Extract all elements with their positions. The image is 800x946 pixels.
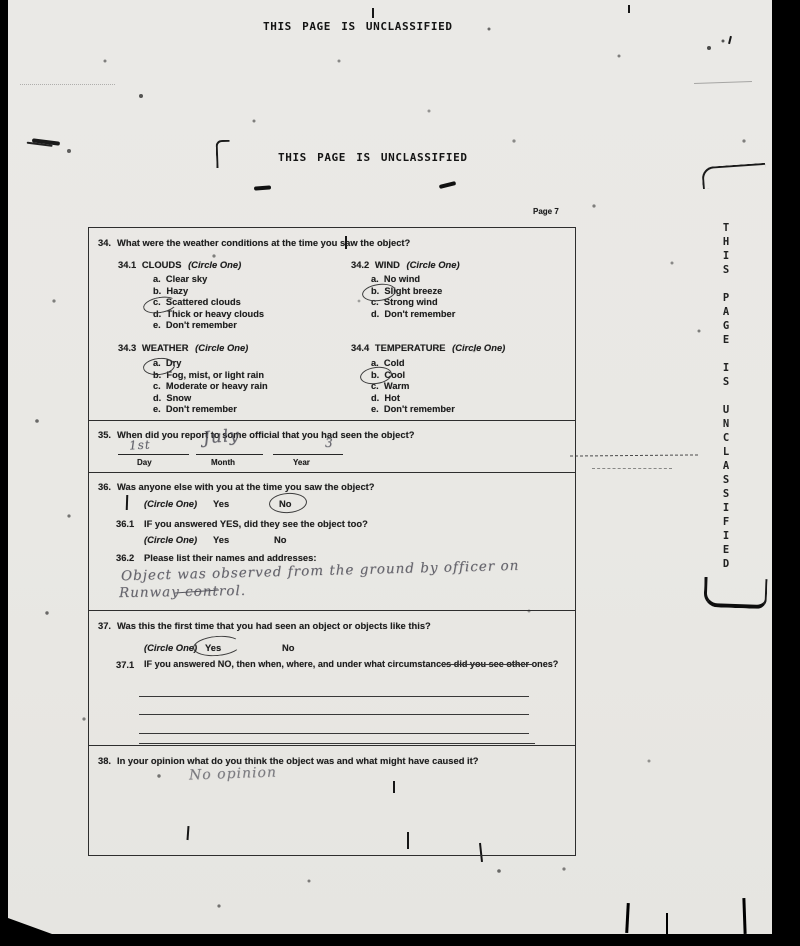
circle-one-note: (Circle One) [406,259,459,270]
scan-artifact-dotted-line [20,84,115,85]
circle-one-note: (Circle One) [144,642,197,653]
answer-circle-yes [192,634,242,658]
option-row: d. Don't remember [371,309,455,321]
no-option: No [282,642,295,653]
subquestion-title: WEATHER [142,342,189,353]
pen-strike-mark [441,664,533,665]
subquestion-title: TEMPERATURE [375,342,446,353]
scan-dash-mark [439,181,456,189]
side-classification: THIS PAGE IS UNCLASSIFIED [720,222,732,572]
scan-tick-mark [728,36,732,44]
scan-dash-mark [254,185,271,190]
question-34-section: 34. What were the weather conditions at … [89,228,575,421]
subquestion-title: WIND [375,259,400,270]
question-37-section: 37. Was this the first time that you had… [89,611,575,746]
scan-edge-sliver [625,903,630,933]
scan-edge-sliver [742,898,746,934]
subquestion-temperature-header: 34.4 TEMPERATURE (Circle One) [351,342,505,353]
ruled-answer-line [139,696,529,697]
scan-artifact-scratch [694,81,752,84]
question-38-section: 38. In your opinion what do you think th… [89,746,575,855]
question-number: 37. [98,620,111,631]
circle-one-note: (Circle One) [452,342,505,353]
scan-edge-sliver [666,913,668,934]
subquestion-number: 36.1 [116,518,134,529]
classification-header-inner: THIS PAGE IS UNCLASSIFIED [278,151,468,164]
option-row: c. Moderate or heavy rain [153,381,268,393]
circle-one-note: (Circle One) [195,342,248,353]
option-row: e. Don't remember [371,404,455,416]
scan-artifact-dashed-line [570,454,698,456]
handwritten-month: July [202,425,240,448]
question-number: 36. [98,481,111,492]
subquestion-text: Please list their names and addresses: [144,552,316,563]
bracket-mark-top [701,163,766,189]
classification-header-top: THIS PAGE IS UNCLASSIFIED [263,20,453,33]
option-row: d. Thick or heavy clouds [153,309,264,321]
option-row: b. Hazy [153,286,264,298]
scan-artifact-squiggle [32,138,60,145]
yes-option: Yes [213,534,229,545]
field-underline-month [196,454,263,455]
scanned-document: { "page": { "classification_top": "THIS … [0,0,800,946]
subquestion-wind-header: 34.2 WIND (Circle One) [351,259,460,270]
field-label-month: Month [211,457,235,468]
option-row: a. Clear sky [153,274,264,286]
field-underline-year [273,454,343,455]
scan-corner-shadow [8,918,52,934]
answer-circle-no [268,492,307,515]
scan-tick-mark [628,5,630,13]
circle-one-note: (Circle One) [144,534,197,545]
question-number: 35. [98,429,111,440]
subquestion-number: 34.4 [351,342,369,353]
circle-one-note: (Circle One) [144,498,197,509]
bracket-mark [216,140,231,168]
page-number: Page 7 [533,206,559,217]
scan-artifact-dashed-line [592,468,672,469]
question-36-section: 36. Was anyone else with you at the time… [89,473,575,611]
option-row: d. Snow [153,393,268,405]
handwritten-day: 1st [129,437,151,452]
scan-speckles [8,0,10,2]
ruled-answer-line [139,743,535,744]
handwritten-year: 3 [325,436,334,450]
subquestion-title: CLOUDS [142,259,182,270]
question-text: Was this the first time that you had see… [117,620,431,631]
question-35-section: 35. When did you report to some official… [89,421,575,473]
question-text: In your opinion what do you think the ob… [117,755,479,766]
subquestion-clouds-header: 34.1 CLOUDS (Circle One) [118,259,241,270]
yes-option: Yes [213,498,229,509]
subquestion-number: 36.2 [116,552,134,563]
question-text: Was anyone else with you at the time you… [117,481,375,492]
subquestion-number: 37.1 [116,659,134,670]
scan-tick-mark [372,8,374,18]
subquestion-text: IF you answered YES, did they see the ob… [144,518,368,529]
handwritten-opinion: No opinion [189,764,277,783]
question-number: 34. [98,237,111,248]
question-number: 38. [98,755,111,766]
question-text: When did you report to some official tha… [117,429,414,440]
ruled-answer-line [139,714,529,715]
option-row: e. Don't remember [153,320,264,332]
field-label-year: Year [293,457,310,468]
option-row: d. Hot [371,393,455,405]
subquestion-weather-header: 34.3 WEATHER (Circle One) [118,342,248,353]
ruled-answer-line [139,733,529,734]
bracket-mark-bottom [703,577,767,609]
field-label-day: Day [137,457,152,468]
question-text: What were the weather conditions at the … [117,237,410,248]
option-row: e. Don't remember [153,404,268,416]
scanned-page: THIS PAGE IS UNCLASSIFIED THIS PAGE IS U… [8,0,772,934]
circle-one-note: (Circle One) [188,259,241,270]
subquestion-number: 34.1 [118,259,136,270]
subquestion-number: 34.3 [118,342,136,353]
field-underline-day [118,454,189,455]
subquestion-number: 34.2 [351,259,369,270]
questionnaire-box: 34. What were the weather conditions at … [88,227,576,856]
option-row: c. Warm [371,381,455,393]
stray-pen-mark [126,495,128,510]
no-option: No [274,534,287,545]
